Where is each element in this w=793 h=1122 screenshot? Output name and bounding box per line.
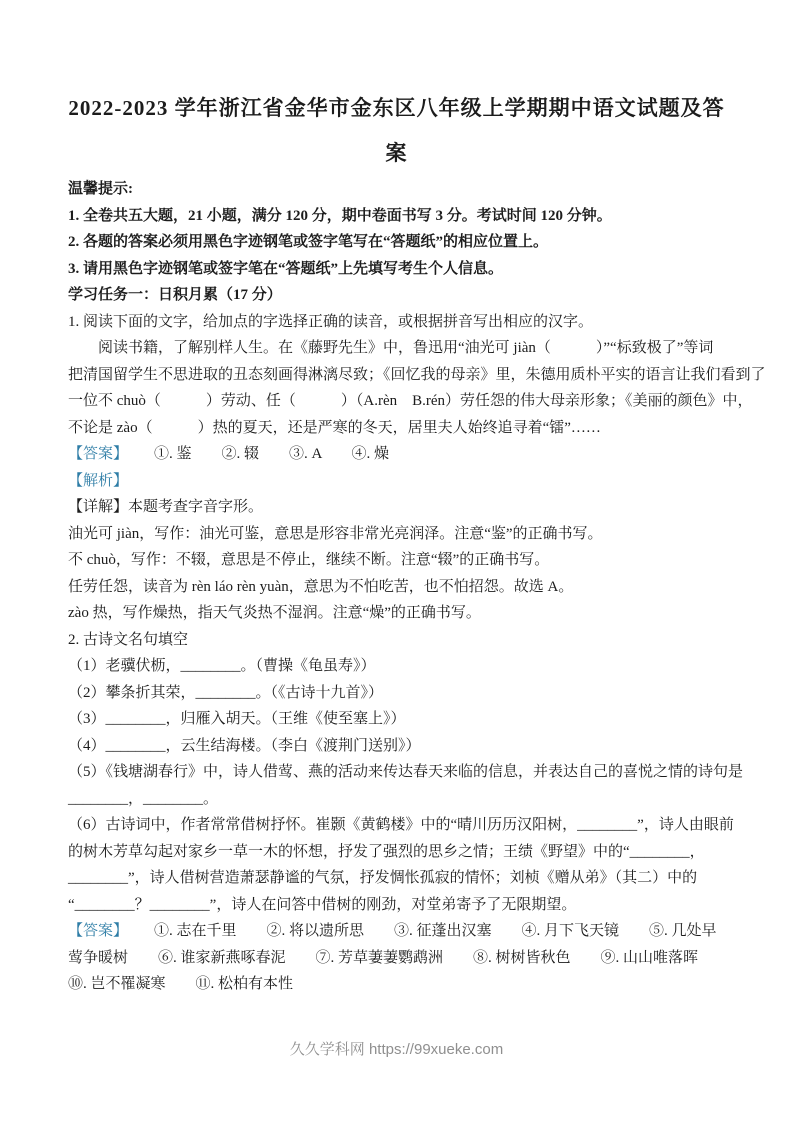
q2-item: （6）古诗词中，作者常常借树抒怀。崔颢《黄鹤楼》中的“晴川历历汉阳树，_____… <box>68 812 735 839</box>
tip-item-2: 2. 各题的答案必须用黑色字迹钢笔或签字笔写在“答题纸”的相应位置上。 <box>68 229 735 256</box>
page-title-line1: 2022-2023 学年浙江省金华市金东区八年级上学期期中语文试题及答 <box>40 86 753 131</box>
answer-label: 【答案】 <box>68 446 128 462</box>
document-page: 2022-2023 学年浙江省金华市金东区八年级上学期期中语文试题及答 案 温馨… <box>0 0 793 1122</box>
q1-detail-line: 【详解】本题考查字音字形。 <box>68 494 735 521</box>
tips-heading: 温馨提示: <box>68 176 735 203</box>
page-title: 2022-2023 学年浙江省金华市金东区八年级上学期期中语文试题及答 案 <box>40 0 753 176</box>
q1-detail-line: zào 热，写作燥热，指天气炎热不湿润。注意“燥”的正确书写。 <box>68 600 735 627</box>
watermark-footer: 久久学科网 https://99xueke.com <box>0 1038 793 1059</box>
answer-label: 【答案】 <box>68 923 128 939</box>
q2-item: （3）________，归雁入胡天。（王维《使至塞上》） <box>68 706 735 733</box>
q1-answer-line: 【答案】①. 鉴 ②. 辍 ③. A ④. 燥 <box>68 441 735 468</box>
page-title-line2: 案 <box>40 131 753 176</box>
q1-passage-line: 不论是 zào（ ）热的夏天，还是严寒的冬天，居里夫人始终追寻着“镭”…… <box>68 415 735 442</box>
q2-answer-line: 【答案】①. 志在千里 ②. 将以遗所思 ③. 征蓬出汉塞 ④. 月下飞天镜 ⑤… <box>68 918 735 945</box>
q1-detail-line: 油光可 jiàn，写作：油光可鉴，意思是形容非常光亮润泽。注意“鉴”的正确书写。 <box>68 521 735 548</box>
q2-item: ________，________。 <box>68 786 735 813</box>
q2-answer-line: 莺争暖树 ⑥. 谁家新燕啄春泥 ⑦. 芳草萋萋鹦鹉洲 ⑧. 树树皆秋色 ⑨. 山… <box>68 945 735 972</box>
q2-item: “________？________”，诗人在问答中借树的刚劲，对堂弟寄予了无限… <box>68 892 735 919</box>
document-body: 温馨提示: 1. 全卷共五大题，21 小题，满分 120 分，期中卷面书写 3 … <box>68 176 735 998</box>
q1-passage-line: 把清国留学生不思进取的丑态刻画得淋漓尽致；《回忆我的母亲》里，朱德用质朴平实的语… <box>68 362 735 389</box>
q2-item: ________”，诗人借树营造萧瑟静谧的气氛，抒发惆怅孤寂的情怀；刘桢《赠从弟… <box>68 865 735 892</box>
q2-answer-text: ①. 志在千里 ②. 将以遗所思 ③. 征蓬出汉塞 ④. 月下飞天镜 ⑤. 几处… <box>154 923 717 939</box>
q1-detail-line: 不 chuò，写作：不辍，意思是不停止，继续不断。注意“辍”的正确书写。 <box>68 547 735 574</box>
q2-item: （1）老骥伏枥，________。（曹操《龟虽寿》） <box>68 653 735 680</box>
tip-item-1: 1. 全卷共五大题，21 小题，满分 120 分，期中卷面书写 3 分。考试时间… <box>68 203 735 230</box>
jiexi-label: 【解析】 <box>68 473 128 489</box>
q2-item: 的树木芳草勾起对家乡一草一木的怀想，抒发了强烈的思乡之情；王绩《野望》中的“__… <box>68 839 735 866</box>
q1-stem: 1. 阅读下面的文字，给加点的字选择正确的读音，或根据拼音写出相应的汉字。 <box>68 309 735 336</box>
q1-passage-line: 一位不 chuò（ ）劳动、任（ ）（A.rèn B.rén）劳任怨的伟大母亲形… <box>68 388 735 415</box>
q2-answer-line: ⑩. 岂不罹凝寒 ⑪. 松柏有本性 <box>68 971 735 998</box>
q2-item: （5）《钱塘湖春行》中，诗人借莺、燕的活动来传达春天来临的信息，并表达自己的喜悦… <box>68 759 735 786</box>
q1-detail-line: 任劳任怨，读音为 rèn láo rèn yuàn，意思为不怕吃苦，也不怕招怨。… <box>68 574 735 601</box>
q2-item: （2）攀条折其荣，________。（《古诗十九首》） <box>68 680 735 707</box>
q1-answer-text: ①. 鉴 ②. 辍 ③. A ④. 燥 <box>154 446 389 462</box>
tip-item-3: 3. 请用黑色字迹钢笔或签字笔在“答题纸”上先填写考生个人信息。 <box>68 256 735 283</box>
q2-item: （4）________，云生结海楼。（李白《渡荆门送别》） <box>68 733 735 760</box>
q1-jiexi-line: 【解析】 <box>68 468 735 495</box>
q2-stem: 2. 古诗文名句填空 <box>68 627 735 654</box>
section1-heading: 学习任务一：日积月累（17 分） <box>68 282 735 309</box>
q1-passage-line: 阅读书籍，了解别样人生。在《藤野先生》中，鲁迅用“油光可 jiàn（ ）”“标致… <box>68 335 735 362</box>
